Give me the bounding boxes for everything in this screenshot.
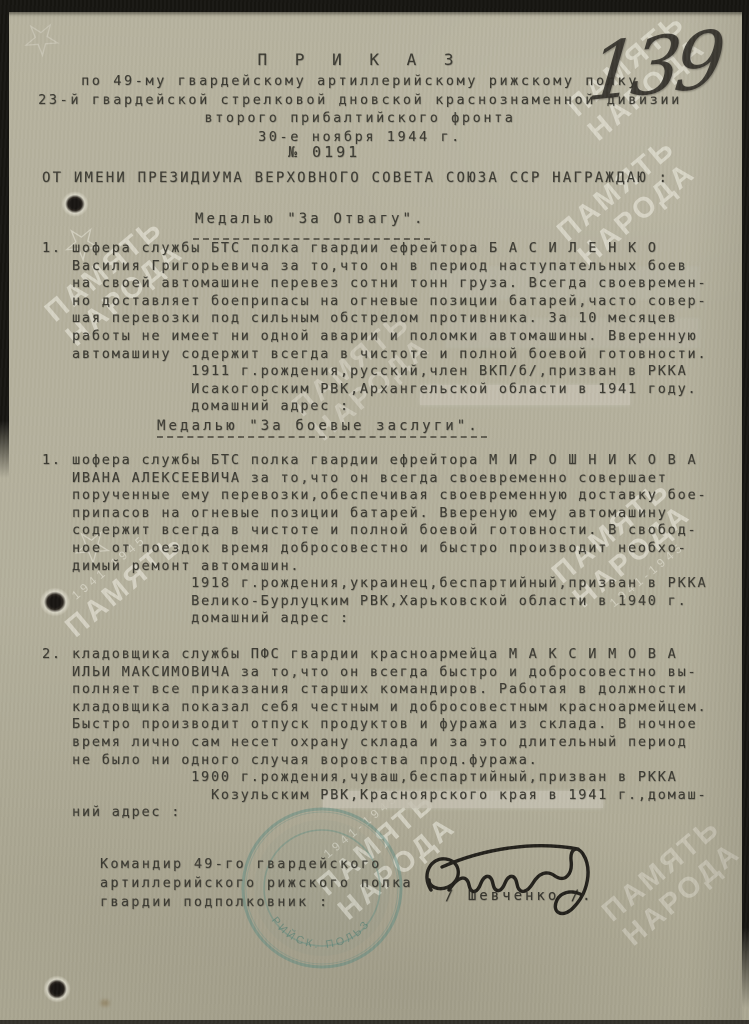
item-number: 1.: [42, 452, 62, 470]
order-number: № 0191: [288, 143, 360, 161]
medal-heading-za-otvagu: Медалью "За Отвагу".: [195, 211, 426, 227]
scan-edge: [0, 0, 9, 478]
award-item: 2. кладовщика службы ПФС гвардии красноа…: [42, 646, 707, 822]
medal-heading-za-boevye-zaslugi: Медалью "За боевые заслуги".: [157, 418, 480, 434]
hole-punch: [58, 188, 92, 220]
commander-signature-block: Командир 49-го гвардейского артиллерийск…: [100, 855, 413, 912]
hole-punch: [40, 972, 74, 1006]
heading-underline: [157, 436, 487, 438]
handwritten-signature: [415, 832, 630, 927]
watermark-text: НАРОДА: [617, 836, 747, 953]
award-item-text: кладовщика службы ПФС гвардии красноарме…: [72, 646, 707, 822]
pencil-page-number: 139: [584, 14, 724, 119]
award-item-text: шофера службы БТС полка гвардии ефрейтор…: [72, 452, 707, 628]
decree-line: ОТ ИМЕНИ ПРЕЗИДИУМА ВЕРХОВНОГО СОВЕТА СО…: [42, 170, 669, 186]
award-item-text: шофера службы БТС полка гвардии ефрейтор…: [72, 240, 707, 416]
watermark-text: ПАМЯТЬ: [551, 131, 681, 248]
scan-edge: [0, 1020, 749, 1024]
award-item: 1. шофера службы БТС полка гвардии ефрей…: [42, 240, 707, 416]
scan-edge: [742, 0, 749, 1008]
paper-stain: [96, 996, 114, 1010]
award-item: 1. шофера службы БТС полка гвардии ефрей…: [42, 452, 707, 628]
scanned-order-page: ☆ ☆ ПАМЯТЬ НАРОДА ПАМЯТЬ НАРОДА ПАМЯТЬ Н…: [0, 0, 749, 1024]
item-number: 2.: [42, 646, 62, 664]
scan-edge: [0, 0, 749, 12]
item-number: 1.: [42, 240, 62, 258]
hole-punch: [36, 584, 74, 620]
